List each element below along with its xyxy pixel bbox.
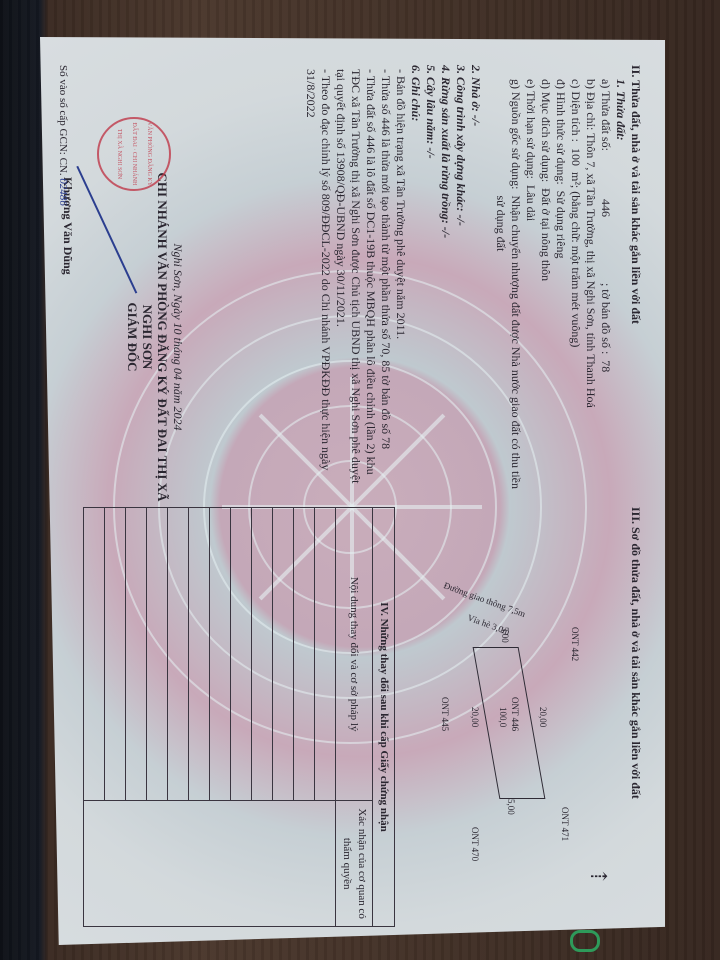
dimension-label: 20,00 bbox=[535, 707, 550, 727]
changes-col-approval: Xác nhận của cơ quan có thẩm quyền bbox=[336, 801, 373, 927]
north-arrow-icon: ⇡ bbox=[591, 867, 606, 885]
dimension-label: 5,00 bbox=[503, 799, 518, 815]
certificate-content: II. Thửa đất, nhà ở và tài sản khác gắn … bbox=[40, 37, 665, 945]
registry-number-value: 02486 bbox=[57, 178, 69, 206]
neighbor-label: ONT 471 bbox=[557, 807, 572, 841]
parcel-number-row: a) Thửa đất số: 446 ; tờ bản đồ số : 78 bbox=[598, 65, 613, 495]
purpose-row: d) Mục đích sử dụng: Đất ở tại nông thôn bbox=[538, 65, 553, 495]
signature-block: Nghi Sơn, Ngày 10 tháng 04 năm 2024 CHI … bbox=[125, 157, 185, 517]
section-plot-diagram: III. Sơ đồ thửa đất, nhà ở và tài sản kh… bbox=[402, 507, 643, 927]
note-item: - Thửa số 446 là thửa mới tạo thành từ m… bbox=[378, 65, 393, 495]
use-form-row: đ) Hình thức sử dụng: Sử dụng riêng bbox=[553, 65, 568, 495]
registry-number: Số vào sổ cấp GCN: CN. 02486 bbox=[55, 65, 70, 206]
dimension-label: 20,00 bbox=[467, 707, 482, 727]
other-works-line: 3. Công trình xây dựng khác: -/- bbox=[453, 65, 468, 495]
changes-col-content: Nội dung thay đổi và cơ sở pháp lý bbox=[336, 508, 373, 801]
parcel-number: 446 bbox=[598, 157, 613, 217]
map-sheet-number: 78 bbox=[598, 360, 613, 372]
address: b) Địa chỉ: Thôn 7, xã Tân Trường, thị x… bbox=[583, 65, 598, 495]
neighbor-label: ONT 470 bbox=[467, 827, 482, 861]
section-land-parcel: II. Thửa đất, nhà ở và tài sản khác gắn … bbox=[303, 65, 643, 495]
house-line: 2. Nhà ở: -/- bbox=[468, 65, 483, 495]
plot-diagram: ⇡ ONT 446 100,0 ONT 442 ONT 471 ONT 470 … bbox=[402, 507, 622, 927]
notes-list: - Bản đồ hiện trạng xã Tân Trường phê du… bbox=[303, 65, 408, 495]
area-row: c) Diện tích : 100 m²; (bằng chữ: một tr… bbox=[568, 65, 583, 495]
note-item: - Theo đo đạc chỉnh lý số 809/ĐĐCL-2022 … bbox=[303, 65, 333, 495]
section3-title: III. Sơ đồ thửa đất, nhà ở và tài sản kh… bbox=[628, 507, 643, 927]
changes-table: IV. Những thay đổi sau khi cấp Giấy chứn… bbox=[83, 507, 395, 927]
parcel-heading: 1. Thửa đất: bbox=[613, 65, 628, 495]
issue-date: Nghi Sơn, Ngày 10 tháng 04 năm 2024 bbox=[170, 157, 185, 517]
lot-area: 100,0 bbox=[495, 707, 510, 727]
forest-line: 4. Rừng sản xuất là rừng trồng: -/- bbox=[438, 65, 453, 495]
paper-clip bbox=[570, 930, 600, 952]
term-row: e) Thời hạn sử dụng: Lâu dài bbox=[523, 65, 538, 495]
area-value: 100 bbox=[568, 148, 583, 166]
origin-row: g) Nguồn gốc sử dụng: Nhận chuyển nhượng… bbox=[493, 65, 523, 495]
neighbor-label: ONT 442 bbox=[567, 627, 582, 661]
section2-title: II. Thửa đất, nhà ở và tài sản khác gắn … bbox=[628, 65, 643, 495]
note-item: - Thửa đất số 446 là lô đất số DC1-19B t… bbox=[333, 65, 378, 495]
notes-title: 6. Ghi chú: bbox=[408, 65, 423, 495]
perennial-line: 5. Cây lâu năm: -/- bbox=[423, 65, 438, 495]
section4-title: IV. Những thay đổi sau khi cấp Giấy chứn… bbox=[373, 508, 395, 927]
note-item: - Bản đồ hiện trạng xã Tân Trường phê du… bbox=[393, 65, 408, 495]
neighbor-label: ONT 445 bbox=[437, 697, 452, 731]
